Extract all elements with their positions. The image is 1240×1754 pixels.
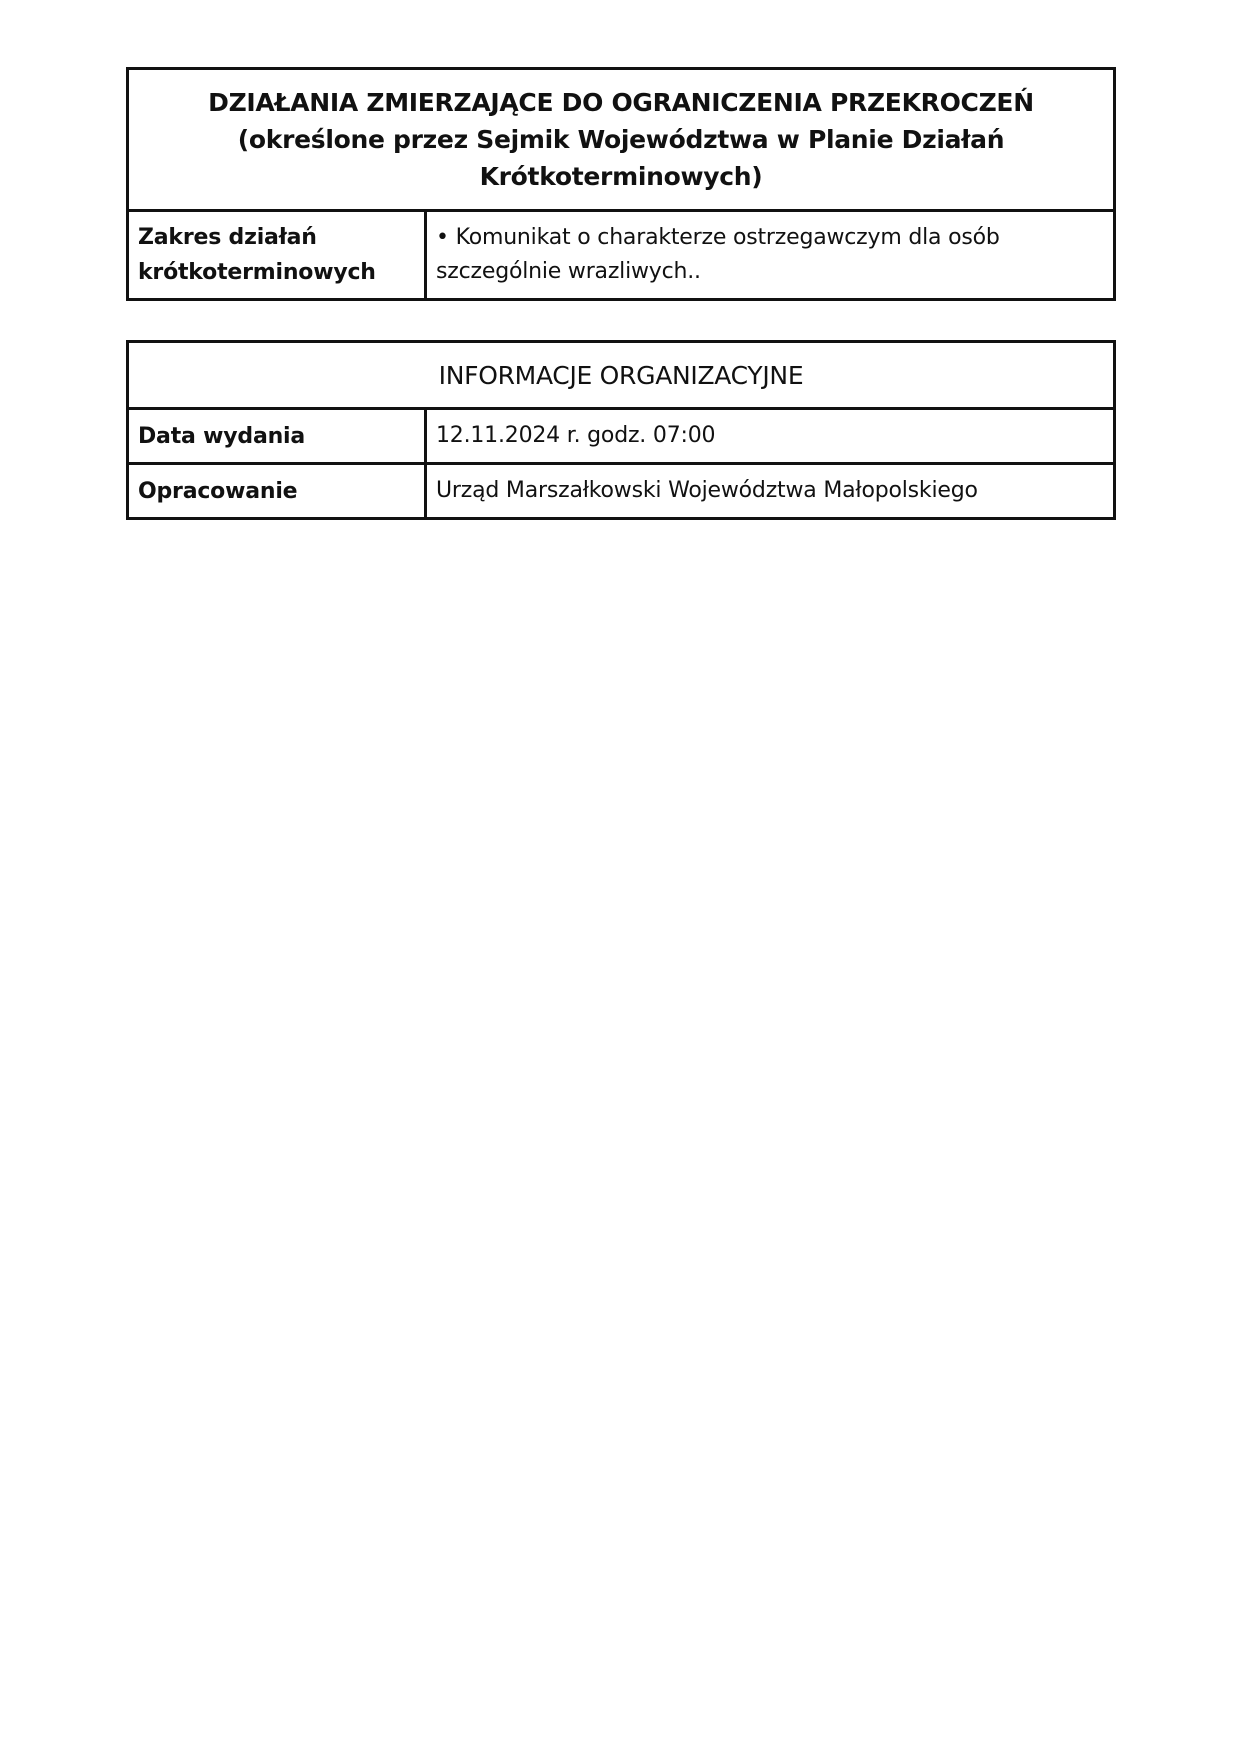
organizational-info-table: INFORMACJE ORGANIZACYJNE Data wydania 12…	[126, 340, 1116, 520]
value-line: • Komunikat o charakterze ostrzegawczym …	[436, 221, 1104, 255]
actions-heading-line-3: Krótkoterminowych)	[139, 158, 1103, 195]
actions-heading: DZIAŁANIA ZMIERZAJĄCE DO OGRANICZENIA PR…	[128, 69, 1115, 211]
row-value-issue-date: 12.11.2024 r. godz. 07:00	[426, 409, 1115, 464]
value-line: szczególnie wrazliwych..	[436, 255, 1104, 289]
label-line: krótkoterminowych	[138, 255, 415, 290]
actions-heading-line-1: DZIAŁANIA ZMIERZAJĄCE DO OGRANICZENIA PR…	[139, 84, 1103, 121]
table-row: Opracowanie Urząd Marszałkowski Wojewódz…	[128, 464, 1115, 519]
row-label-prepared-by: Opracowanie	[128, 464, 426, 519]
actions-table: DZIAŁANIA ZMIERZAJĄCE DO OGRANICZENIA PR…	[126, 67, 1116, 301]
info-heading-row: INFORMACJE ORGANIZACYJNE	[128, 342, 1115, 409]
row-value-prepared-by: Urząd Marszałkowski Województwa Małopols…	[426, 464, 1115, 519]
row-label-scope: Zakres działań krótkoterminowych	[128, 211, 426, 300]
info-heading: INFORMACJE ORGANIZACYJNE	[128, 342, 1115, 409]
actions-heading-line-2: (określone przez Sejmik Województwa w Pl…	[139, 121, 1103, 158]
row-value-scope: • Komunikat o charakterze ostrzegawczym …	[426, 211, 1115, 300]
actions-heading-row: DZIAŁANIA ZMIERZAJĄCE DO OGRANICZENIA PR…	[128, 69, 1115, 211]
row-label-issue-date: Data wydania	[128, 409, 426, 464]
table-row: Data wydania 12.11.2024 r. godz. 07:00	[128, 409, 1115, 464]
label-line: Zakres działań	[138, 220, 415, 255]
table-row: Zakres działań krótkoterminowych • Komun…	[128, 211, 1115, 300]
